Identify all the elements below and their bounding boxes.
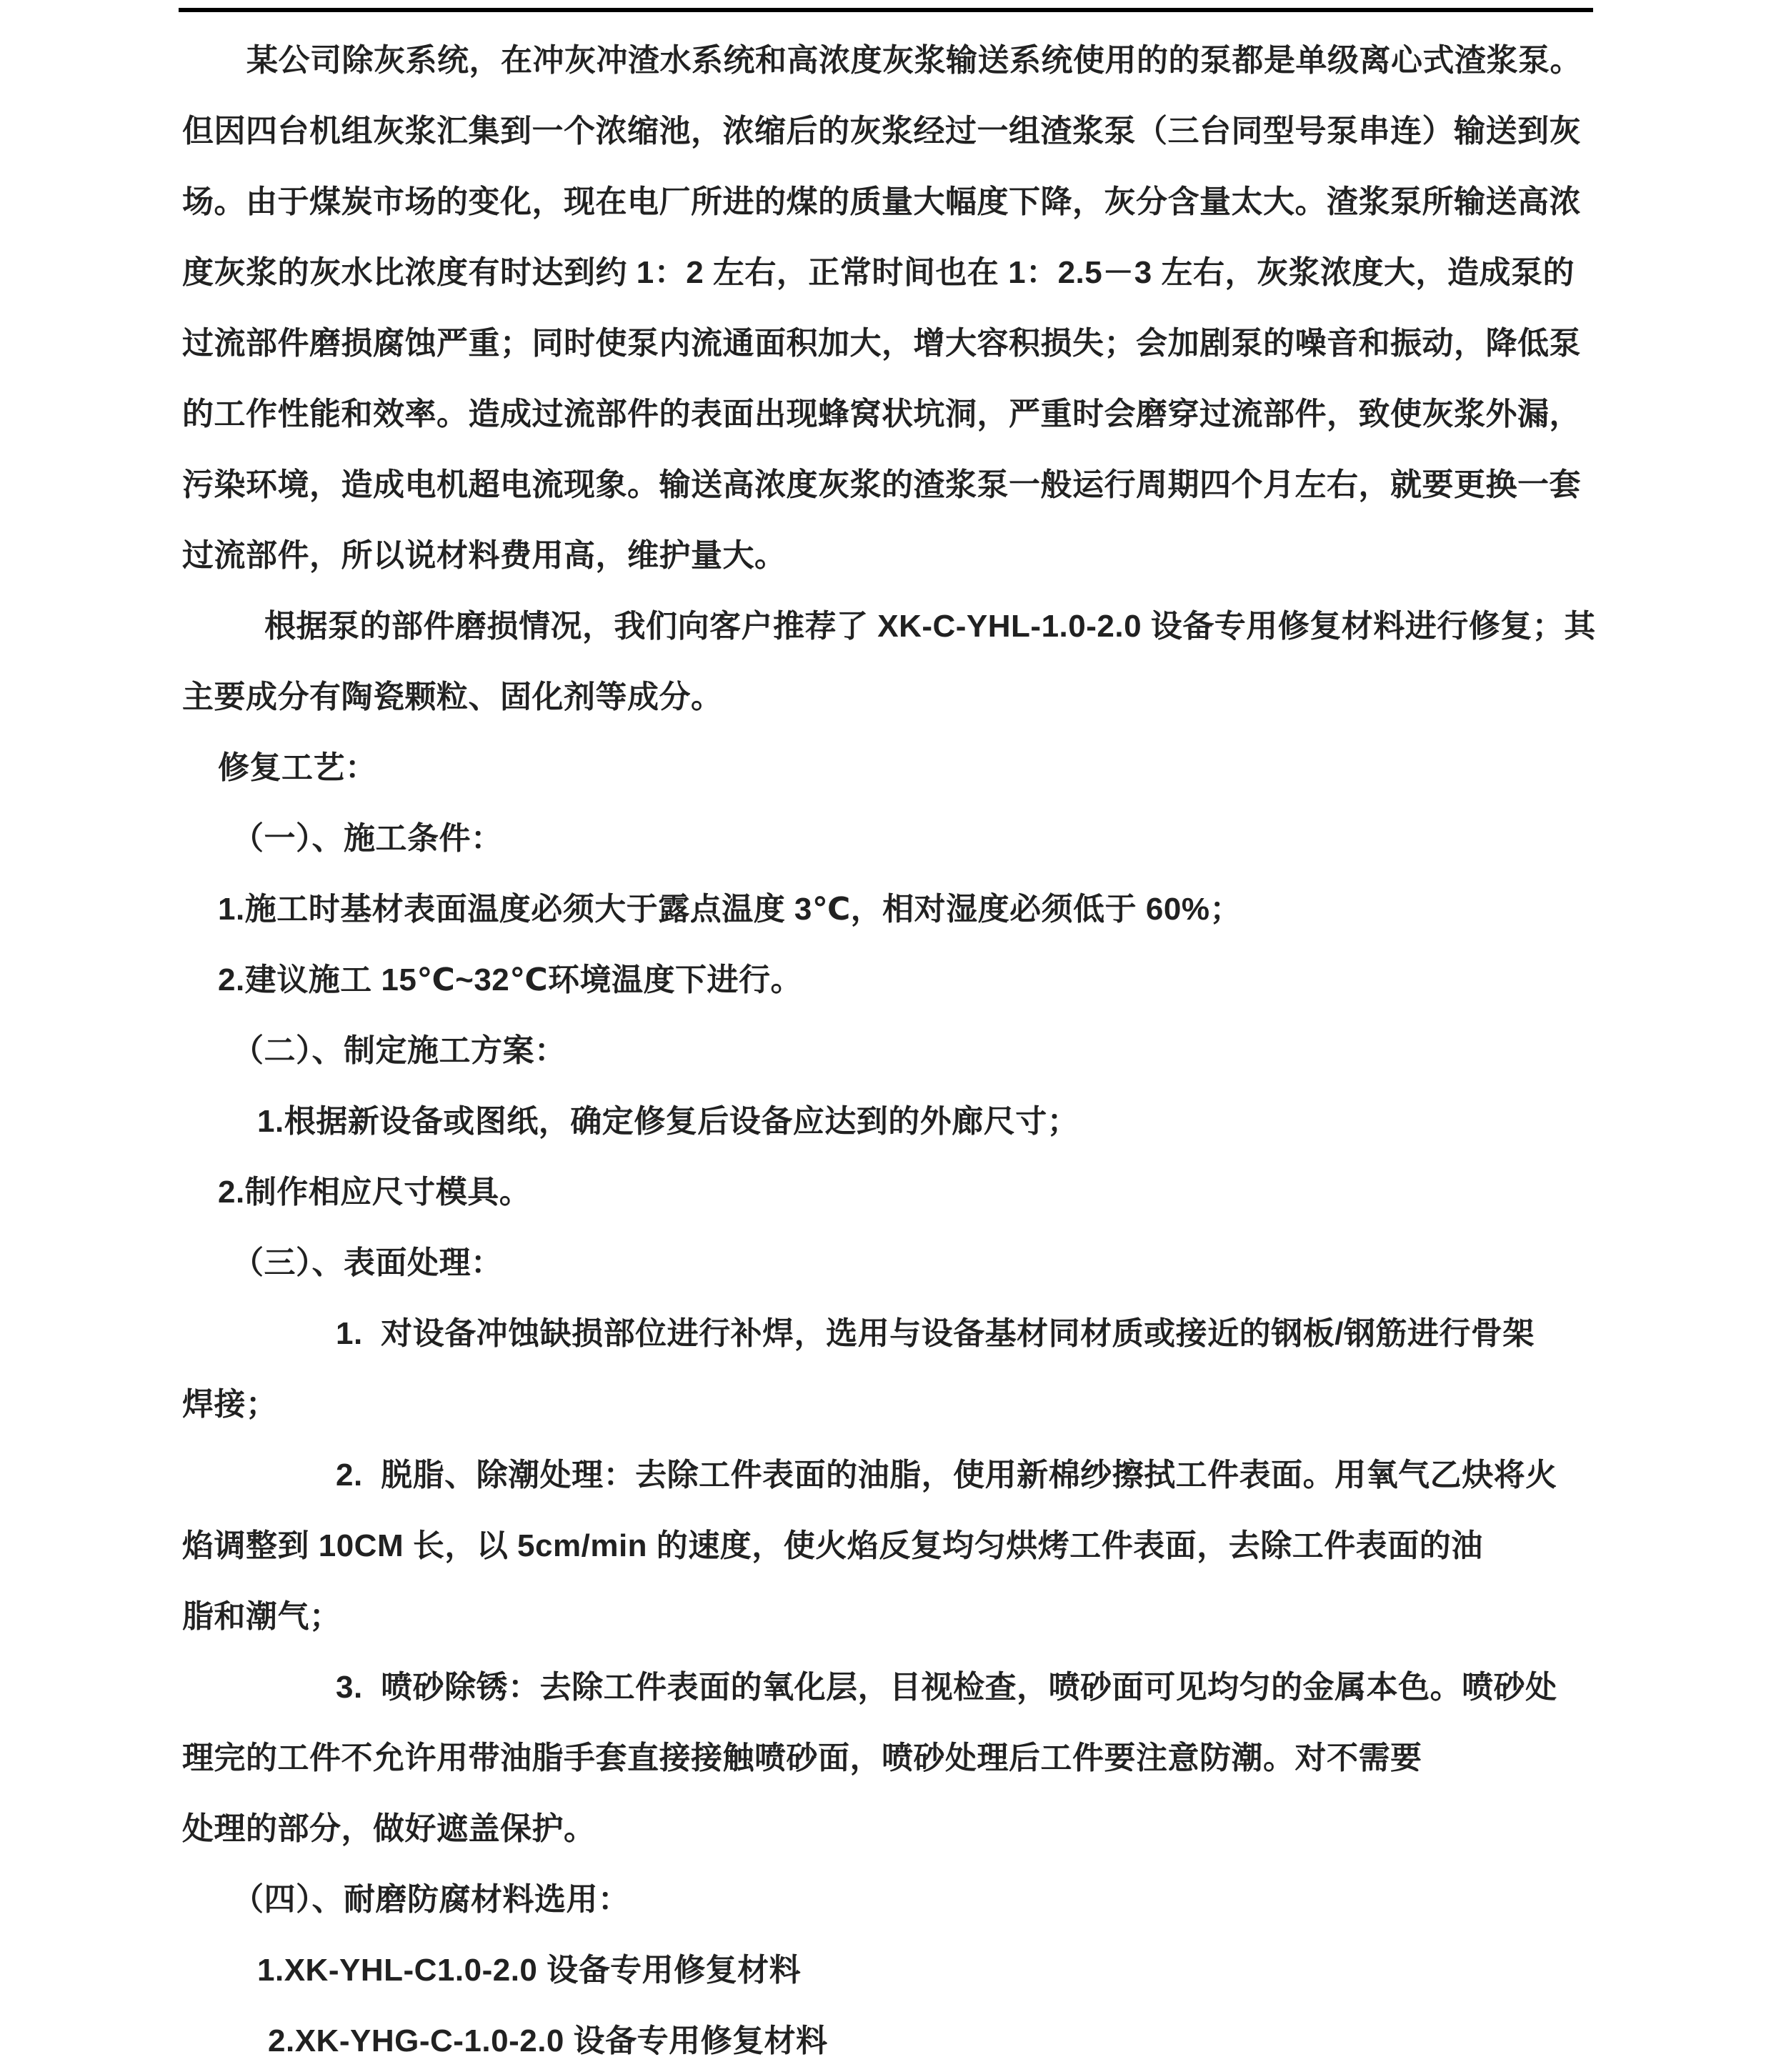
text-line: 3. 喷砂除锈：去除工件表面的氧化层，目视检查，喷砂面可见均匀的金属本色。喷砂处: [182, 1652, 1611, 1723]
text-line: 修复工艺：: [182, 732, 1611, 803]
text-line: 根据泵的部件磨损情况，我们向客户推荐了 XK-C-YHL-1.0-2.0 设备专…: [182, 591, 1611, 662]
text-line: 1. 对设备冲蚀缺损部位进行补焊，选用与设备基材同材质或接近的钢板/钢筋进行骨架: [182, 1298, 1611, 1369]
text-line: 度灰浆的灰水比浓度有时达到约 1：2 左右，正常时间也在 1：2.5－3 左右，…: [182, 237, 1611, 308]
text-line: 处理的部分，做好遮盖保护。: [182, 1793, 1611, 1864]
text-line: （一）、施工条件：: [182, 803, 1611, 874]
text-line: 脂和潮气；: [182, 1581, 1611, 1652]
text-line: （三）、表面处理：: [182, 1227, 1611, 1298]
text-line: 但因四台机组灰浆汇集到一个浓缩池，浓缩后的灰浆经过一组渣浆泵（三台同型号泵串连）…: [182, 96, 1611, 166]
text-line: 污染环境，造成电机超电流现象。输送高浓度灰浆的渣浆泵一般运行周期四个月左右，就要…: [182, 449, 1611, 520]
text-line: （四）、耐磨防腐材料选用：: [182, 1864, 1611, 1935]
text-line: 焰调整到 10CM 长，以 5cm/min 的速度，使火焰反复均匀烘烤工件表面，…: [182, 1510, 1611, 1581]
text-line: 理完的工件不允许用带油脂手套直接接触喷砂面，喷砂处理后工件要注意防潮。对不需要: [182, 1723, 1611, 1793]
text-line: 1.XK-YHL-C1.0-2.0 设备专用修复材料: [182, 1935, 1611, 2006]
text-line: 1.施工时基材表面温度必须大于露点温度 3℃，相对湿度必须低于 60%；: [182, 874, 1611, 945]
text-line: 2. 脱脂、除潮处理：去除工件表面的油脂，使用新棉纱擦拭工件表面。用氧气乙炔将火: [182, 1440, 1611, 1510]
top-border-rule: [179, 8, 1593, 12]
text-line: （二）、制定施工方案：: [182, 1015, 1611, 1086]
text-line: 场。由于煤炭市场的变化，现在电厂所进的煤的质量大幅度下降，灰分含量太大。渣浆泵所…: [182, 166, 1611, 237]
text-line: 焊接；: [182, 1369, 1611, 1440]
text-line: 过流部件磨损腐蚀严重；同时使泵内流通面积加大，增大容积损失；会加剧泵的噪音和振动…: [182, 308, 1611, 379]
text-line: 主要成分有陶瓷颗粒、固化剂等成分。: [182, 662, 1611, 732]
text-line: 过流部件，所以说材料费用高，维护量大。: [182, 520, 1611, 591]
document-page: 某公司除灰系统，在冲灰冲渣水系统和高浓度灰浆输送系统使用的的泵都是单级离心式渣浆…: [0, 0, 1771, 2072]
text-line: 某公司除灰系统，在冲灰冲渣水系统和高浓度灰浆输送系统使用的的泵都是单级离心式渣浆…: [182, 25, 1611, 96]
document-body: 某公司除灰系统，在冲灰冲渣水系统和高浓度灰浆输送系统使用的的泵都是单级离心式渣浆…: [182, 25, 1611, 2072]
text-line: 1.根据新设备或图纸，确定修复后设备应达到的外廊尺寸；: [182, 1086, 1611, 1157]
text-line: 的工作性能和效率。造成过流部件的表面出现蜂窝状坑洞，严重时会磨穿过流部件，致使灰…: [182, 379, 1611, 449]
text-line: 2.XK-YHG-C-1.0-2.0 设备专用修复材料: [182, 2006, 1611, 2072]
text-line: 2.建议施工 15℃~32℃环境温度下进行。: [182, 945, 1611, 1015]
text-line: 2.制作相应尺寸模具。: [182, 1157, 1611, 1227]
